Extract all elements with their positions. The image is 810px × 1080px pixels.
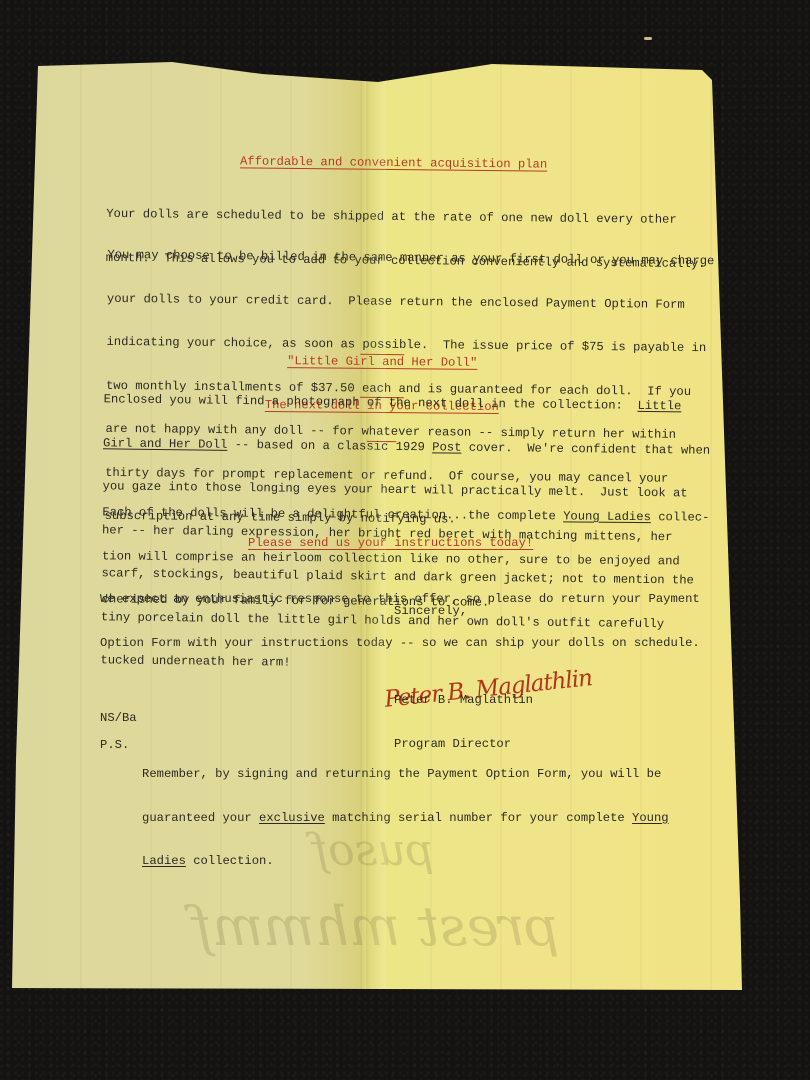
text-line: Remember, by signing and returning the P… — [142, 767, 669, 782]
underlined-emphasis: exclusive — [259, 811, 325, 825]
text: collection. — [186, 854, 274, 868]
letter-paper: pusof prest mhmmf Affordable and conveni… — [12, 60, 742, 992]
text: Each of the dolls will be a delightful c… — [102, 505, 563, 523]
salutation: Sincerely, — [394, 604, 467, 619]
typist-initials: NS/Ba — [100, 711, 137, 726]
text: guaranteed your — [142, 811, 259, 825]
letter-body: Affordable and convenient acquisition pl… — [12, 60, 742, 992]
underlined-title: Girl and Her Doll — [103, 436, 228, 452]
text-line: Girl and Her Doll -- based on a classic … — [103, 436, 710, 458]
text: Enclosed you will find a photograph of t… — [104, 392, 638, 413]
underlined-collection-name: Young — [632, 811, 669, 825]
section-heading-call-to-action: Please send us your instructions today! — [248, 536, 533, 551]
text: cover. We're confident that when — [461, 440, 710, 457]
paragraph-response: We expect an enthusiastic response to th… — [100, 563, 700, 679]
text: collec- — [651, 510, 710, 525]
signatory-name: Peter B. Maglathlin — [394, 693, 533, 708]
underlined-collection-name: Young Ladies — [563, 509, 651, 524]
text-line: Each of the dolls will be a delightful c… — [102, 505, 709, 525]
text: matching serial number for your complete — [325, 811, 632, 825]
text-line: Ladies collection. — [142, 854, 669, 869]
text-line: your dolls to your credit card. Please r… — [107, 291, 714, 312]
debris-speck — [644, 37, 652, 40]
text: -- based on a classic 1929 — [227, 437, 432, 454]
section-heading-acquisition-plan: Affordable and convenient acquisition pl… — [240, 154, 547, 172]
postscript-body: Remember, by signing and returning the P… — [142, 738, 669, 898]
text-line: Enclosed you will find a photograph of t… — [104, 392, 711, 414]
text-line: Option Form with your instructions today… — [100, 636, 700, 651]
underlined-collection-name: Ladies — [142, 854, 186, 868]
underlined-publication: Post — [432, 440, 461, 454]
postscript-label: P.S. — [100, 738, 129, 753]
underlined-title: Little — [637, 399, 681, 414]
text-line: guaranteed your exclusive matching seria… — [142, 811, 669, 826]
text-line: You may choose to be billed in the same … — [107, 248, 714, 269]
